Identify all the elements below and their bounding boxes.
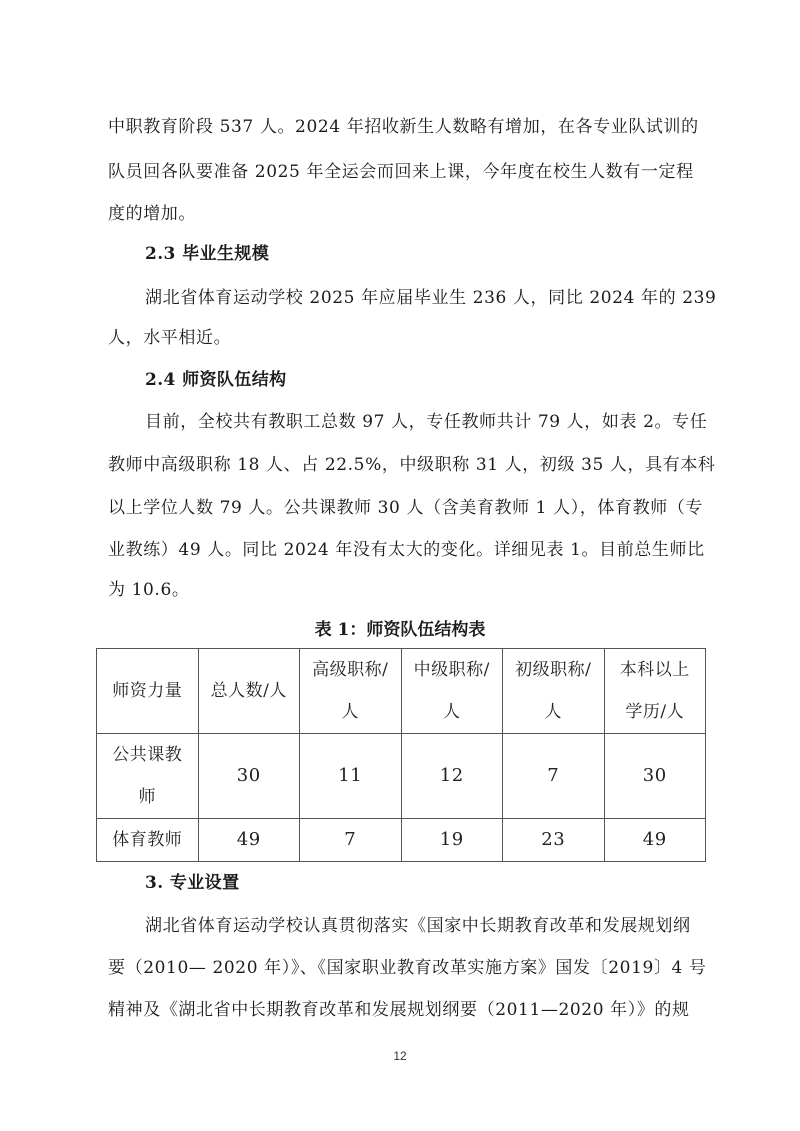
table-cell: 11 — [300, 734, 402, 819]
header-cell: 高级职称/人 — [300, 649, 402, 734]
table-cell: 7 — [503, 734, 605, 819]
header-cell: 本科以上学历/人 — [604, 649, 706, 734]
paragraph-line: 教师中高级职称 18 人、占 22.5%，中级职称 31 人，初级 35 人，具… — [108, 455, 708, 475]
table-cell: 30 — [604, 734, 706, 819]
table-cell: 19 — [401, 819, 503, 862]
header-text: 人 — [545, 702, 563, 722]
paragraph-line: 业教练）49 人。同比 2024 年没有太大的变化。详细见表 1。目前总生师比 — [108, 540, 708, 560]
section-heading-2-4: 2.4 师资队伍结构 — [145, 370, 745, 390]
paragraph-line: 目前，全校共有教职工总数 97 人，专任教师共计 79 人，如表 2。专任 — [145, 412, 745, 432]
table-caption: 表 1：师资队伍结构表 — [0, 620, 800, 640]
header-text: 本科以上 — [620, 660, 690, 680]
table-cell: 12 — [401, 734, 503, 819]
table-header-row: 师资力量 总人数/人 高级职称/人 中级职称/人 初级职称/人 本科以上学历/人 — [97, 649, 706, 734]
row-label: 公共课教 — [112, 745, 182, 765]
paragraph-line: 湖北省体育运动学校 2025 年应届毕业生 236 人，同比 2024 年的 2… — [145, 288, 745, 308]
paragraph-line: 中职教育阶段 537 人。2024 年招收新生人数略有增加，在各专业队试训的 — [108, 117, 708, 137]
page-number: 12 — [0, 1049, 800, 1063]
table-row: 公共课教师 30 11 12 7 30 — [97, 734, 706, 819]
header-text: 初级职称/ — [515, 660, 591, 680]
row-label-cell: 公共课教师 — [97, 734, 199, 819]
row-label: 师 — [139, 787, 157, 807]
staff-structure-table: 师资力量 总人数/人 高级职称/人 中级职称/人 初级职称/人 本科以上学历/人… — [96, 648, 706, 862]
table-cell: 49 — [604, 819, 706, 862]
paragraph-line: 度的增加。 — [108, 204, 708, 224]
header-text: 中级职称/ — [414, 660, 490, 680]
paragraph-line: 为 10.6。 — [108, 580, 708, 600]
header-text: 学历/人 — [625, 702, 684, 722]
header-cell: 中级职称/人 — [401, 649, 503, 734]
paragraph-line: 队员回各队要准备 2025 年全运会而回来上课，今年度在校生人数有一定程 — [108, 162, 708, 182]
table-cell: 30 — [198, 734, 300, 819]
paragraph-line: 精神及《湖北省中长期教育改革和发展规划纲要（2011—2020 年）》的规 — [108, 1000, 708, 1020]
table-cell: 49 — [198, 819, 300, 862]
table-cell: 23 — [503, 819, 605, 862]
paragraph-line: 人，水平相近。 — [108, 328, 708, 348]
table-row: 体育教师 49 7 19 23 49 — [97, 819, 706, 862]
table-cell: 7 — [300, 819, 402, 862]
header-text: 总人数/人 — [211, 681, 287, 701]
section-heading-2-3: 2.3 毕业生规模 — [145, 244, 745, 264]
header-cell: 师资力量 — [97, 649, 199, 734]
header-cell: 总人数/人 — [198, 649, 300, 734]
header-text: 师资力量 — [112, 681, 182, 701]
header-text: 人 — [342, 702, 360, 722]
header-text: 高级职称/ — [312, 660, 388, 680]
paragraph-line: 以上学位人数 79 人。公共课教师 30 人（含美育教师 1 人），体育教师（专 — [108, 498, 708, 518]
header-cell: 初级职称/人 — [503, 649, 605, 734]
paragraph-line: 湖北省体育运动学校认真贯彻落实《国家中长期教育改革和发展规划纲 — [145, 916, 745, 936]
header-text: 人 — [443, 702, 461, 722]
section-heading-3: 3. 专业设置 — [145, 873, 745, 893]
paragraph-line: 要（2010— 2020 年）》、《国家职业教育改革实施方案》国发〔2019〕4… — [108, 958, 708, 978]
row-label-cell: 体育教师 — [97, 819, 199, 862]
